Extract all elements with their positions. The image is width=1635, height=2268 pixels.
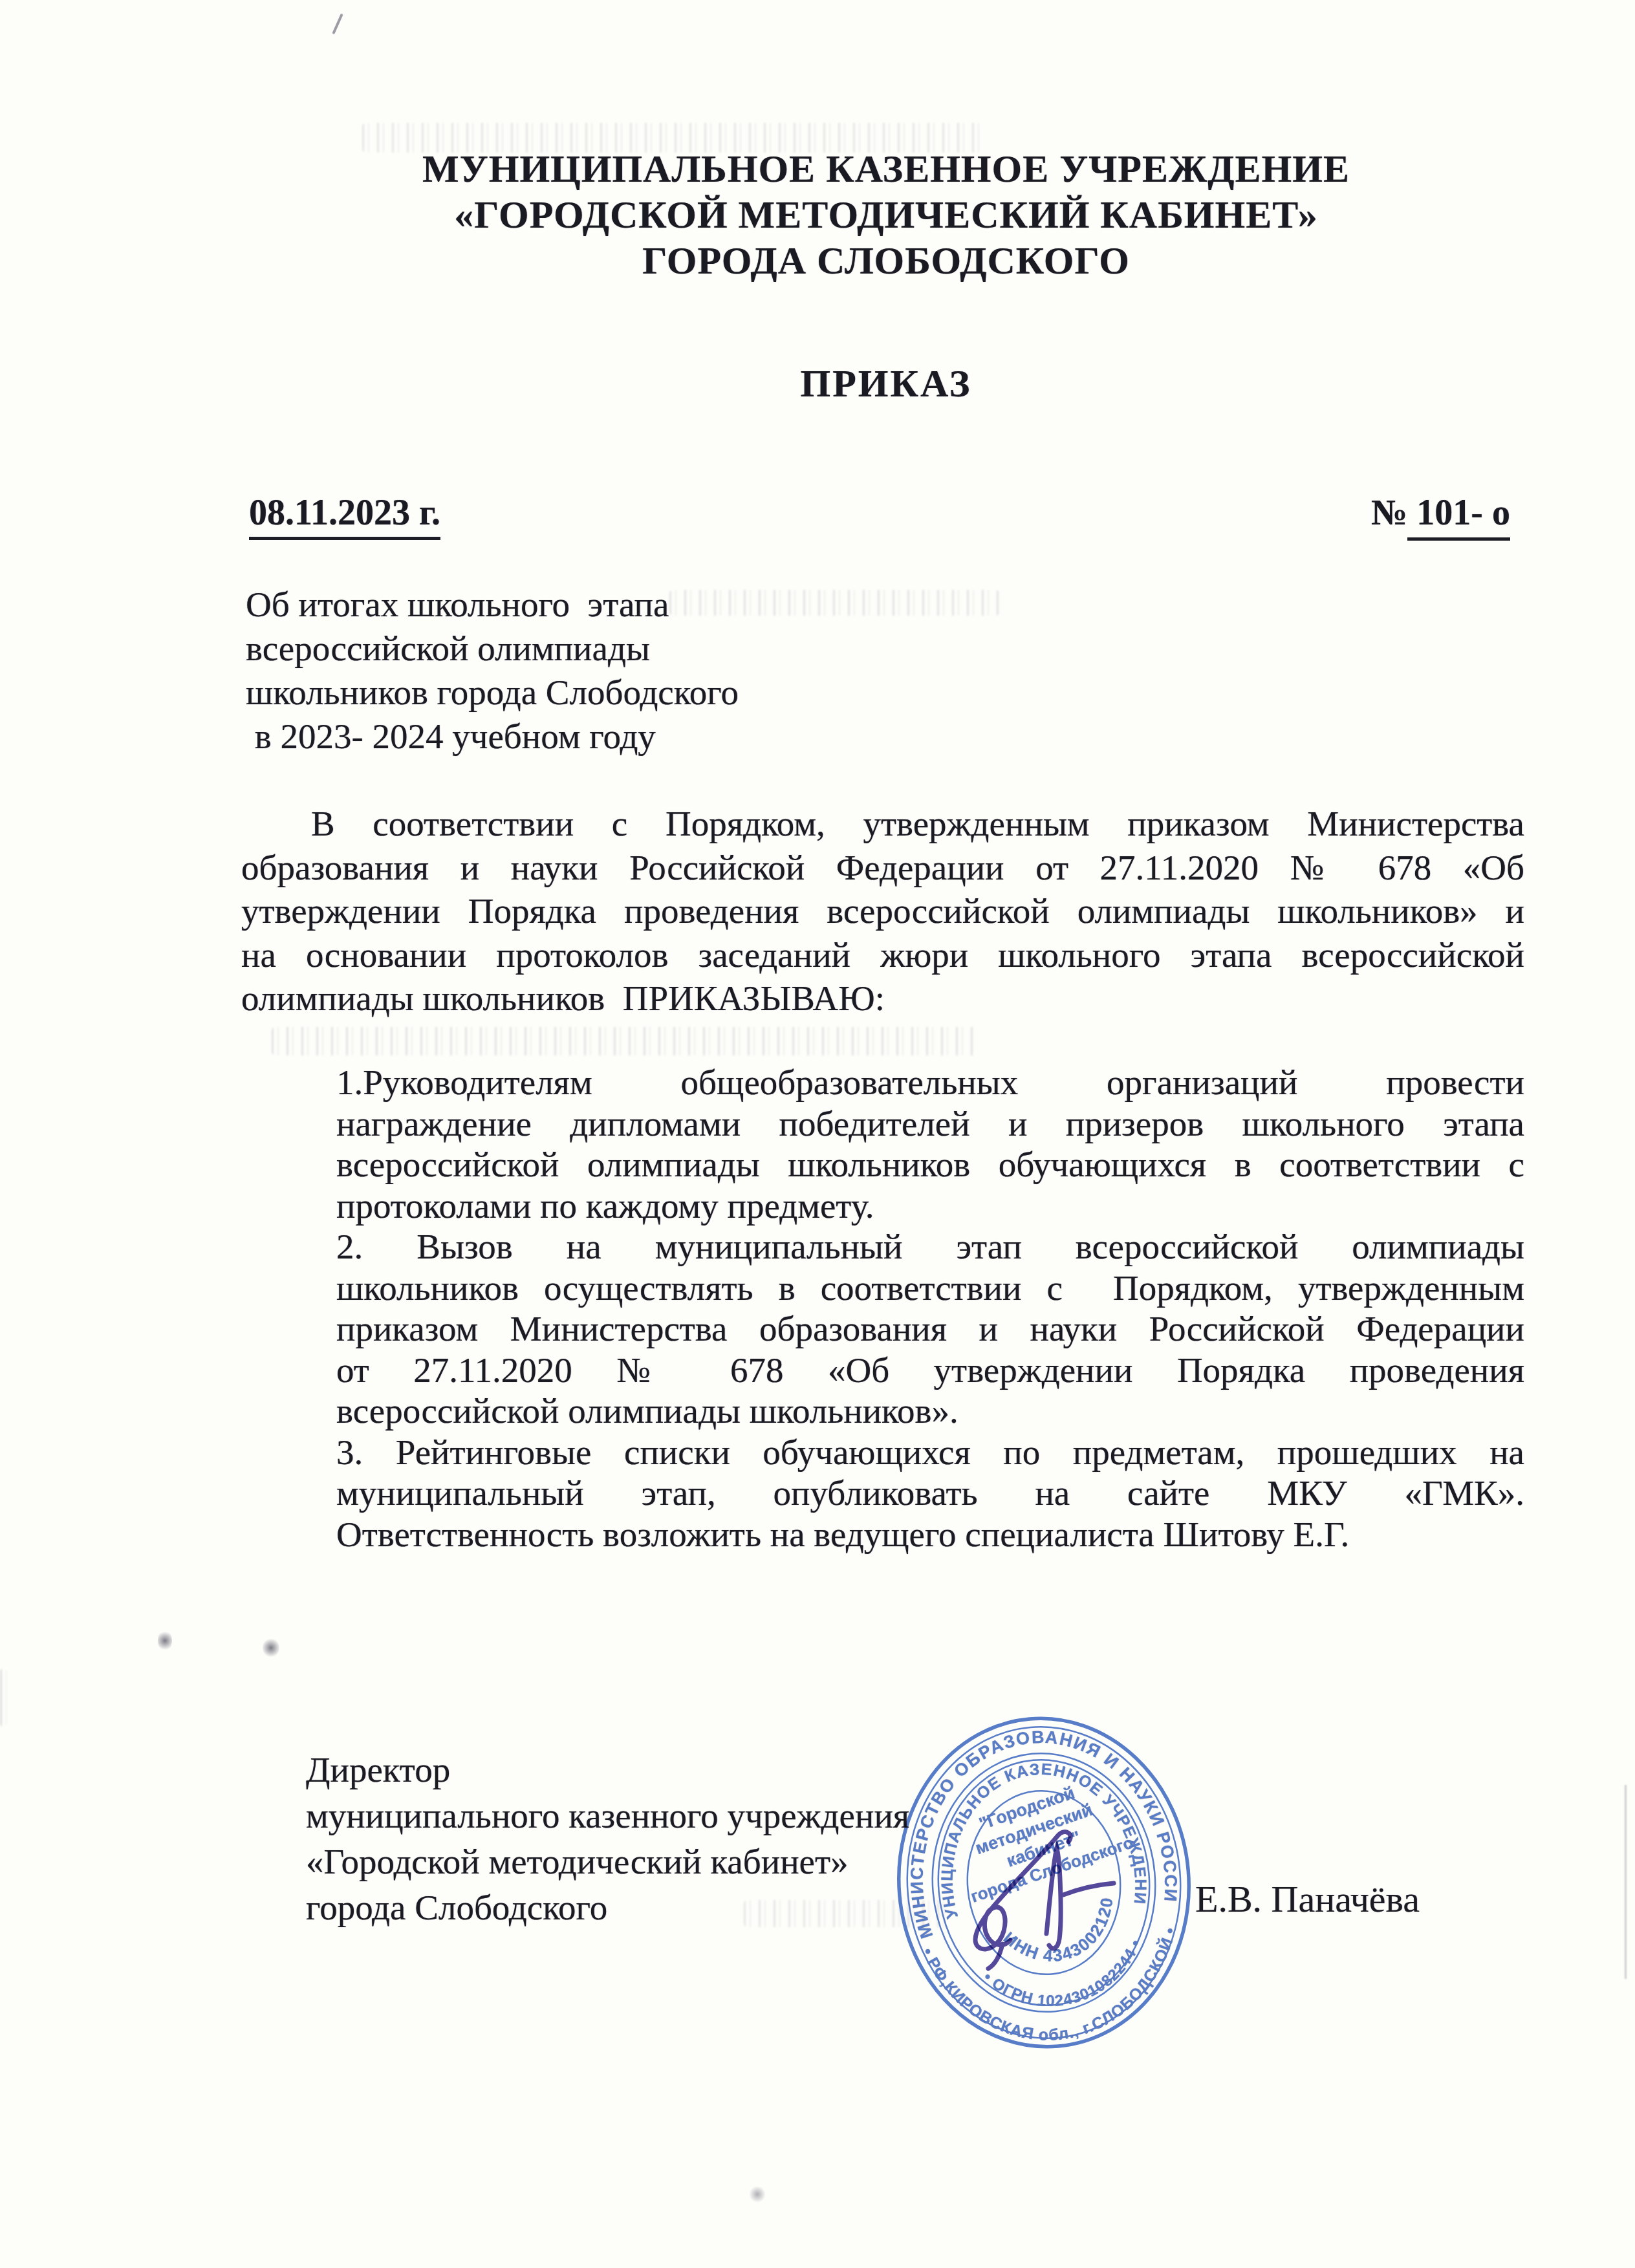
scan-artifact (332, 14, 343, 35)
scan-artifact (362, 123, 983, 153)
scan-artifact (1625, 1785, 1627, 1979)
scan-artifact (669, 590, 999, 616)
item-line: школьников осуществлять в соответствии с… (336, 1268, 1524, 1309)
scan-artifact (749, 2186, 766, 2203)
subject-line: всероссийской олимпиады (246, 627, 893, 671)
org-name-line: МУНИЦИПАЛЬНОЕ КАЗЕННОЕ УЧРЕЖДЕНИЕ (249, 146, 1523, 192)
doc-type-title: ПРИКАЗ (249, 362, 1523, 406)
item-line: 2. Вызов на муниципальный этап всероссий… (336, 1226, 1524, 1268)
item-line: награждение дипломами победителей и приз… (336, 1103, 1524, 1145)
item-line: 3. Рейтинговые списки обучающихся по пре… (336, 1432, 1524, 1473)
subject-line: в 2023- 2024 учебном году (246, 715, 893, 759)
preamble-line: образования и науки Российской Федерации… (241, 846, 1524, 890)
item-line: всероссийской олимпиады школьников обуча… (336, 1144, 1524, 1185)
org-header: МУНИЦИПАЛЬНОЕ КАЗЕННОЕ УЧРЕЖДЕНИЕ «ГОРОД… (249, 146, 1523, 284)
number-value: 101- о (1407, 493, 1510, 541)
preamble-paragraph: В соответствии с Порядком, утвержденным … (241, 802, 1524, 1021)
order-items: 1.Руководителям общеобразовательных орга… (336, 1062, 1524, 1555)
preamble-line: В соответствии с Порядком, утвержденным … (241, 802, 1524, 846)
doc-number: № 101- о (1371, 493, 1510, 540)
date-number-row: 08.11.2023 г. № 101- о (249, 493, 1510, 540)
doc-date: 08.11.2023 г. (249, 493, 440, 540)
item-line: протоколами по каждому предмету. (336, 1185, 1524, 1227)
item-line: 1.Руководителям общеобразовательных орга… (336, 1062, 1524, 1103)
preamble-line: олимпиады школьников ПРИКАЗЫВАЮ: (241, 977, 1524, 1021)
org-name-line: «ГОРОДСКОЙ МЕТОДИЧЕСКИЙ КАБИНЕТ» (249, 192, 1523, 238)
item-line: всероссийской олимпиады школьников». (336, 1390, 1524, 1432)
order-item-2: 2. Вызов на муниципальный этап всероссий… (336, 1226, 1524, 1432)
scan-artifact (263, 1637, 279, 1658)
item-line: приказом Министерства образования и наук… (336, 1308, 1524, 1350)
scan-artifact (0, 1669, 6, 1727)
scan-artifact (272, 1027, 977, 1055)
signatory-name: Е.В. Паначёва (1195, 1879, 1420, 1919)
scan-artifact (158, 1630, 172, 1652)
item-line: от 27.11.2020 № 678 «Об утверждении Поря… (336, 1350, 1524, 1391)
order-item-1: 1.Руководителям общеобразовательных орга… (336, 1062, 1524, 1226)
subject-line: школьников города Слободского (246, 671, 893, 715)
preamble-line: на основании протоколов заседаний жюри ш… (241, 933, 1524, 977)
item-line: муниципальный этап, опубликовать на сайт… (336, 1473, 1524, 1514)
scan-artifact (744, 1900, 951, 1927)
scanned-order-document: МУНИЦИПАЛЬНОЕ КАЗЕННОЕ УЧРЕЖДЕНИЕ «ГОРОД… (0, 0, 1635, 2268)
item-line: Ответственность возложить на ведущего сп… (336, 1514, 1524, 1555)
preamble-line: утверждении Порядка проведения всероссий… (241, 889, 1524, 933)
org-name-line: ГОРОДА СЛОБОДСКОГО (249, 238, 1523, 284)
number-sign: № (1371, 493, 1407, 533)
order-item-3: 3. Рейтинговые списки обучающихся по пре… (336, 1432, 1524, 1555)
